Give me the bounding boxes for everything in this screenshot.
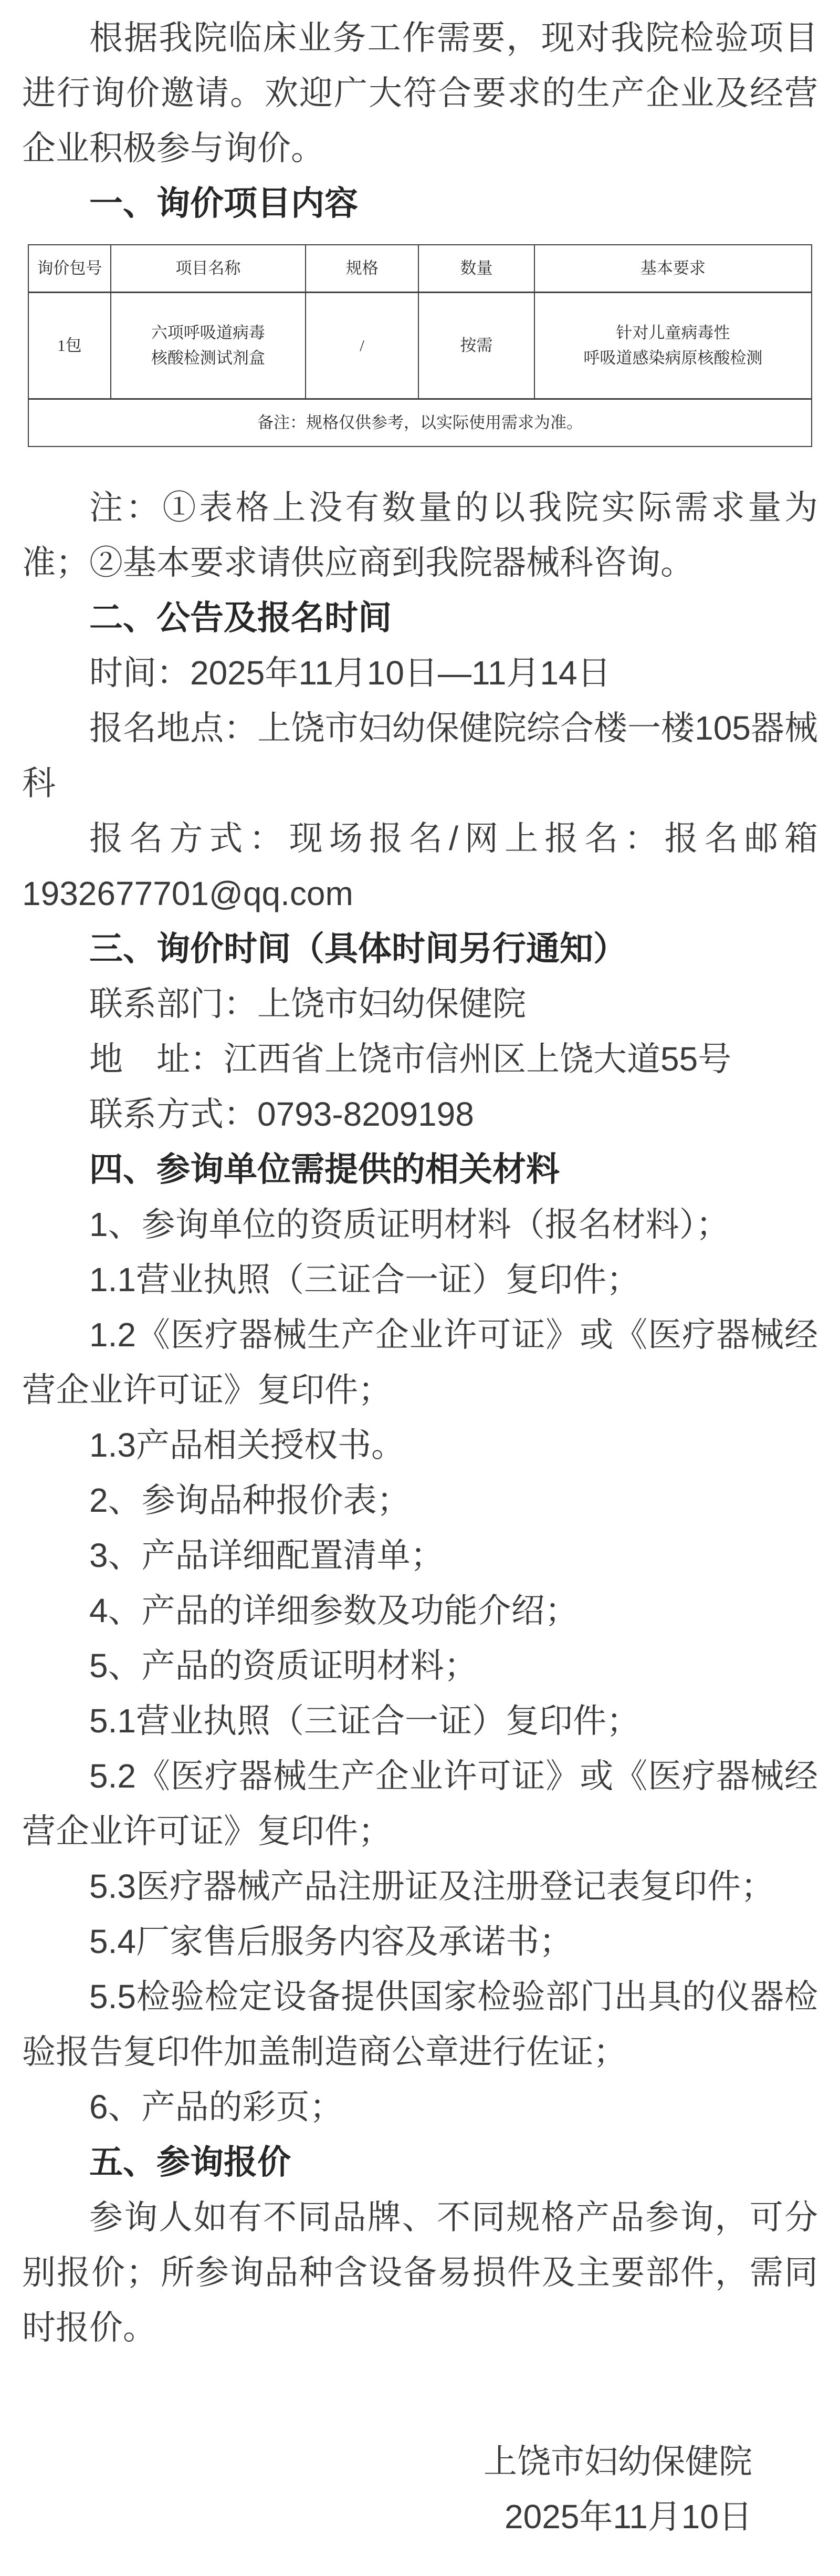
table-header-row: 询价包号 项目名称 规格 数量 基本要求: [28, 245, 812, 293]
signature-org: 上饶市妇幼保健院: [22, 2434, 752, 2489]
para-contact-dept: 联系部门：上饶市妇幼保健院: [22, 977, 818, 1032]
requirement-item-5: 5、产品的资质证明材料；: [22, 1638, 818, 1694]
requirement-item-3: 3、产品详细配置清单；: [22, 1528, 818, 1583]
section1-heading: 一、询价项目内容: [22, 176, 818, 231]
inquiry-items-table: 询价包号 项目名称 规格 数量 基本要求 1包 六项呼吸道病毒 核酸检测试剂盒 …: [28, 244, 812, 447]
para-address: 地 址：江西省上饶市信州区上饶大道55号: [22, 1032, 818, 1087]
col-header-req: 基本要求: [534, 245, 812, 293]
requirement-item-6: 6、产品的彩页；: [22, 2080, 818, 2135]
col-header-spec: 规格: [306, 245, 418, 293]
requirement-item-4: 4、产品的详细参数及功能介绍；: [22, 1583, 818, 1638]
col-header-qty: 数量: [418, 245, 534, 293]
requirement-item-2: 2、参询品种报价表；: [22, 1473, 818, 1528]
signature-block: 上饶市妇幼保健院 2025年11月10日: [22, 2434, 818, 2544]
requirement-item-5-2: 5.2《医疗器械生产企业许可证》或《医疗器械经营企业许可证》复印件；: [22, 1749, 818, 1859]
col-header-package: 询价包号: [28, 245, 111, 293]
cell-qty: 按需: [418, 293, 534, 399]
para-signup-method: 报名方式：现场报名/网上报名：报名邮箱1932677701@qq.com: [22, 811, 818, 921]
cell-item-name: 六项呼吸道病毒 核酸检测试剂盒: [111, 293, 306, 399]
requirement-item-1-3: 1.3产品相关授权书。: [22, 1418, 818, 1473]
requirement-item-5-3: 5.3医疗器械产品注册证及注册登记表复印件；: [22, 1859, 818, 1914]
section5-heading: 五、参询报价: [22, 2135, 818, 2190]
para-announce-time: 时间：2025年11月10日—11月14日: [22, 646, 818, 701]
requirement-item-1-2: 1.2《医疗器械生产企业许可证》或《医疗器械经营企业许可证》复印件；: [22, 1307, 818, 1418]
quote-instructions: 参询人如有不同品牌、不同规格产品参询，可分别报价；所参询品种含设备易损件及主要部…: [22, 2190, 818, 2355]
intro-paragraph: 根据我院临床业务工作需要，现对我院检验项目进行询价邀请。欢迎广大符合要求的生产企…: [22, 11, 818, 176]
col-header-name: 项目名称: [111, 245, 306, 293]
section3-heading: 三、询价时间（具体时间另行通知）: [22, 921, 818, 977]
signature-date: 2025年11月10日: [22, 2489, 752, 2544]
table-remark: 备注：规格仅供参考，以实际使用需求为准。: [28, 399, 812, 447]
requirement-item-1: 1、参询单位的资质证明材料（报名材料）；: [22, 1197, 818, 1252]
para-signup-location: 报名地点：上饶市妇幼保健院综合楼一楼105器械科: [22, 701, 818, 811]
requirement-item-5-4: 5.4厂家售后服务内容及承诺书；: [22, 1914, 818, 1969]
table-row: 1包 六项呼吸道病毒 核酸检测试剂盒 / 按需 针对儿童病毒性 呼吸道感染病原核…: [28, 293, 812, 399]
cell-requirement: 针对儿童病毒性 呼吸道感染病原核酸检测: [534, 293, 812, 399]
requirement-item-5-5: 5.5检验检定设备提供国家检验部门出具的仪器检验报告复印件加盖制造商公章进行佐证…: [22, 1969, 818, 2080]
para-phone: 联系方式：0793-8209198: [22, 1087, 818, 1142]
requirement-item-5-1: 5.1营业执照（三证合一证）复印件；: [22, 1694, 818, 1749]
table-remark-row: 备注：规格仅供参考，以实际使用需求为准。: [28, 399, 812, 447]
section2-heading: 二、公告及报名时间: [22, 590, 818, 646]
section4-heading: 四、参询单位需提供的相关材料: [22, 1142, 818, 1197]
requirement-item-1-1: 1.1营业执照（三证合一证）复印件；: [22, 1252, 818, 1307]
cell-package: 1包: [28, 293, 111, 399]
document-page: 根据我院临床业务工作需要，现对我院检验项目进行询价邀请。欢迎广大符合要求的生产企…: [0, 0, 840, 2576]
cell-spec: /: [306, 293, 418, 399]
table-note: 注：①表格上没有数量的以我院实际需求量为准；②基本要求请供应商到我院器械科咨询。: [22, 480, 818, 590]
